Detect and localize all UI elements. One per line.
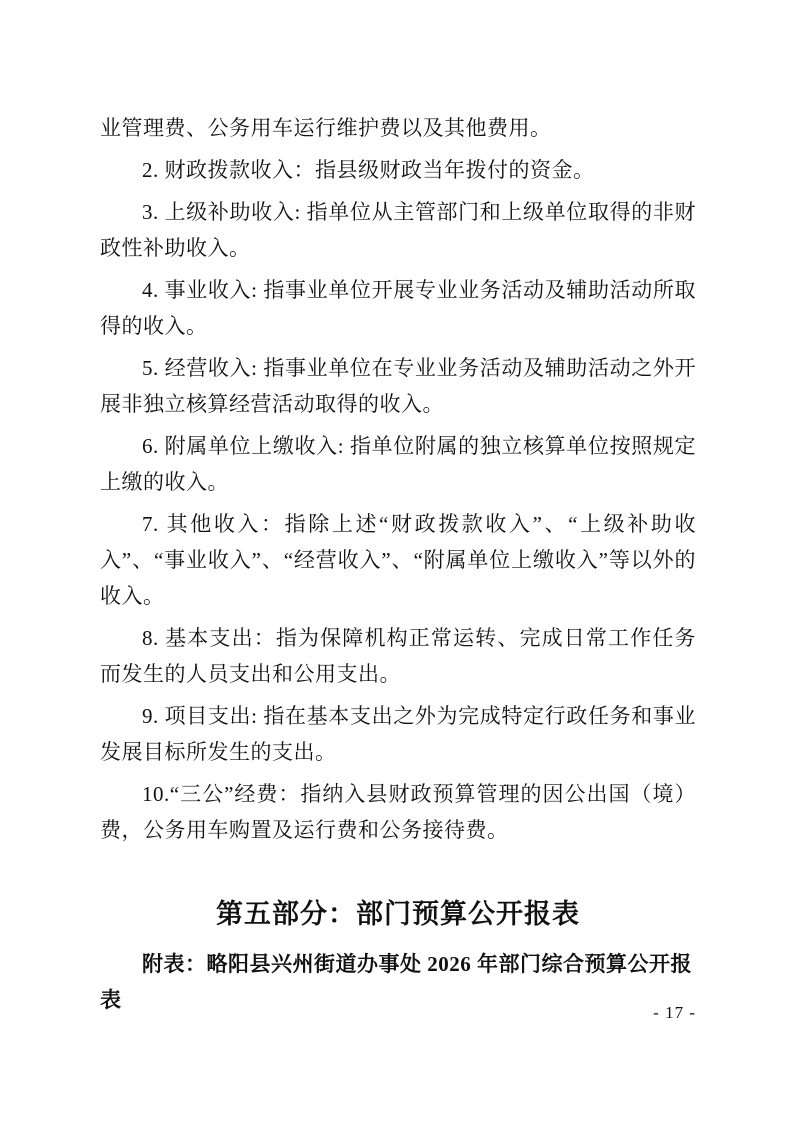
body-paragraph: 9. 项目支出: 指在基本支出之外为完成特定行政任务和事业发展目标所发生的支出。 [100,698,696,770]
body-paragraph: 业管理费、公务用车运行维护费以及其他费用。 [100,110,696,146]
body-paragraph: 4. 事业收入: 指事业单位开展专业业务活动及辅助活动所取得的收入。 [100,272,696,344]
body-paragraph: 6. 附属单位上缴收入: 指单位附属的独立核算单位按照规定上缴的收入。 [100,428,696,500]
body-paragraph: 10.“三公”经费：指纳入县财政预算管理的因公出国（境）费，公务用车购置及运行费… [100,776,696,848]
body-paragraph: 3. 上级补助收入: 指单位从主管部门和上级单位取得的非财政性补助收入。 [100,194,696,266]
attachment-note: 附表：略阳县兴州街道办事处 2026 年部门综合预算公开报表 [100,946,696,1018]
document-page: 业管理费、公务用车运行维护费以及其他费用。 2. 财政拨款收入：指县级财政当年拨… [0,0,793,1122]
body-paragraph: 7. 其他收入：指除上述“财政拨款收入”、“上级补助收入”、“事业收入”、“经营… [100,506,696,614]
body-paragraph: 5. 经营收入: 指事业单位在专业业务活动及辅助活动之外开展非独立核算经营活动取… [100,350,696,422]
body-paragraph: 2. 财政拨款收入：指县级财政当年拨付的资金。 [100,152,696,188]
body-paragraph: 8. 基本支出：指为保障机构正常运转、完成日常工作任务而发生的人员支出和公用支出… [100,620,696,692]
page-number: - 17 - [653,1002,696,1024]
document-body: 业管理费、公务用车运行维护费以及其他费用。 2. 财政拨款收入：指县级财政当年拨… [100,110,696,1018]
section-heading: 第五部分：部门预算公开报表 [100,894,696,934]
